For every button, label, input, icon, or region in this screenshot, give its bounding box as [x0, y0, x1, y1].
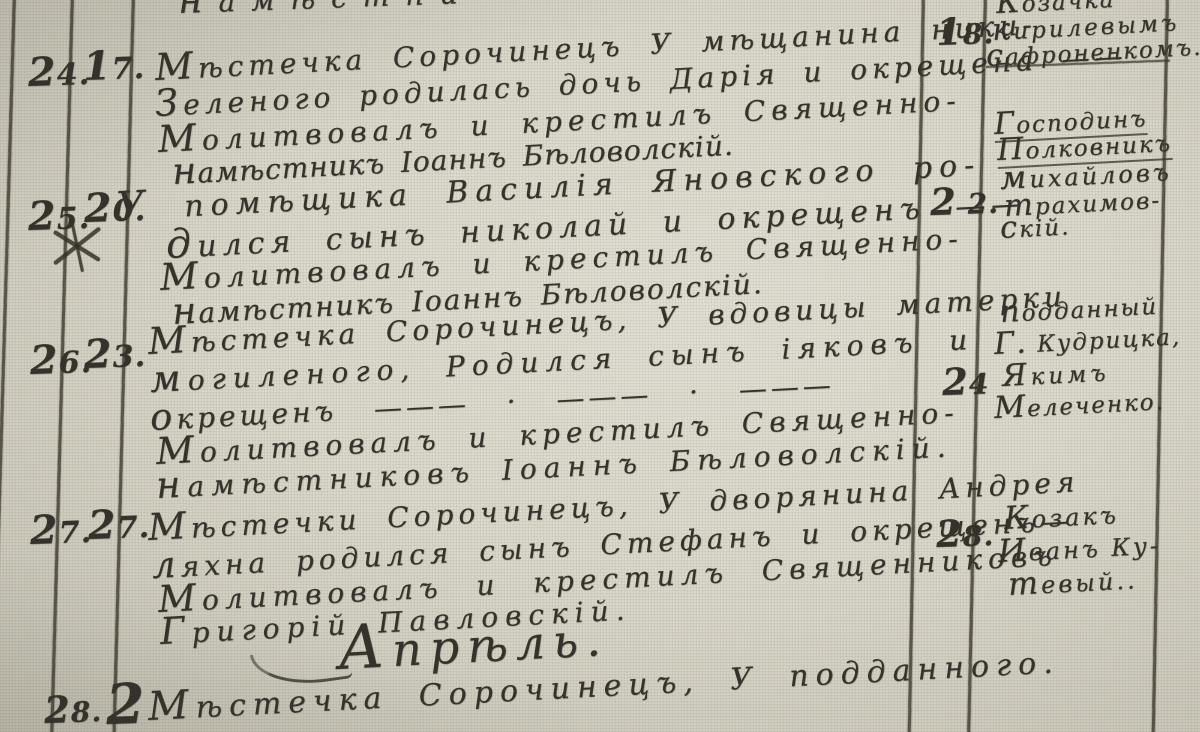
godparent-line: скій.	[999, 208, 1071, 245]
godparent-line: Мелеченко.	[993, 383, 1165, 425]
record-number: 27.	[29, 508, 92, 554]
column-rule-left-1	[0, 0, 15, 732]
birth-day: 17.	[82, 44, 145, 90]
baptism-day: 28.	[935, 512, 994, 555]
record-text-fragment: намѣстни	[177, 0, 474, 22]
record-number: 24.	[27, 50, 90, 96]
metric-book-page-photo: намѣстни Козачка 24. 17. Мѣстечка Сорочи…	[0, 0, 1200, 732]
godparent-line: тевый..	[1007, 561, 1138, 603]
record-number: 28.	[43, 688, 102, 731]
birth-day: 2	[105, 675, 147, 732]
birth-day: 27.	[87, 503, 150, 549]
entry-marker-asterisk-icon	[45, 217, 108, 275]
birth-day: 23.	[83, 332, 146, 378]
baptism-day: 2 2.	[929, 180, 999, 223]
column-rule-right-edge	[1152, 0, 1169, 732]
baptism-day: 24	[941, 360, 990, 402]
